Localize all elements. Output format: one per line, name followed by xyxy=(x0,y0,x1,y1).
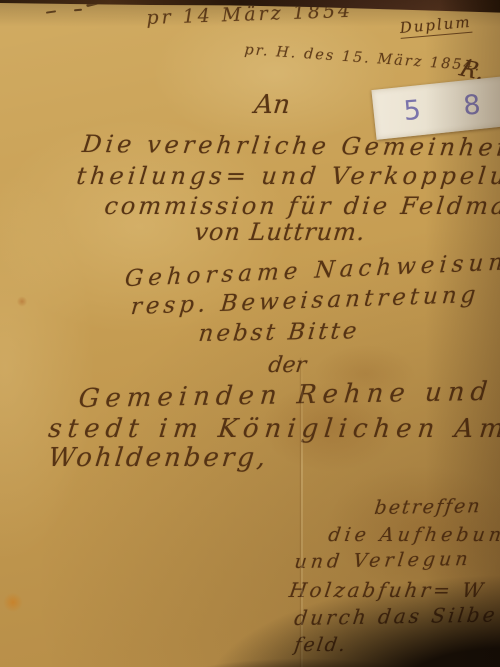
sender-line-2: stedt im Königlichen Amt xyxy=(47,414,500,444)
fold-crease xyxy=(301,358,303,667)
archive-label-number: 5 8 xyxy=(394,87,498,127)
sender-line-1: Gemeinden Rehne und War xyxy=(77,375,500,414)
stray-ink-mark xyxy=(46,10,56,13)
address-line-1: Die verehrliche Gemeinheits xyxy=(81,130,500,162)
address-line-2: theilungs= und Verkoppelun xyxy=(75,162,500,190)
subject-line-3: und Verlegun xyxy=(293,548,473,573)
photograph-of-document: pr 14 März 1854 Duplum pr. H. des 15. Mä… xyxy=(0,0,500,667)
subject-line-2: die Aufhebun xyxy=(327,524,500,546)
address-line-3: commission für die Feldmark xyxy=(103,192,500,220)
salutation: An xyxy=(253,90,292,120)
heading-line-3: nebst Bitte xyxy=(197,318,361,347)
stray-ink-mark xyxy=(74,9,82,12)
document-page: pr 14 März 1854 Duplum pr. H. des 15. Mä… xyxy=(0,0,500,667)
annotation-received: pr. H. des 15. März 1854. xyxy=(244,42,482,75)
address-line-4: von Luttrum. xyxy=(193,218,367,246)
subject-line-5: durch das Silbe xyxy=(293,602,499,630)
stray-ink-mark xyxy=(86,0,113,7)
archive-label: 5 8 xyxy=(371,75,500,140)
subject-line-4: Holzabfuhr= W xyxy=(288,578,488,602)
annotation-duplum: Duplum xyxy=(399,13,472,39)
sender-line-3: Wohldenberg, xyxy=(47,443,270,473)
subject-line-1: betreffen xyxy=(373,495,483,519)
annotation-date: pr 14 März 1854 xyxy=(146,0,353,29)
